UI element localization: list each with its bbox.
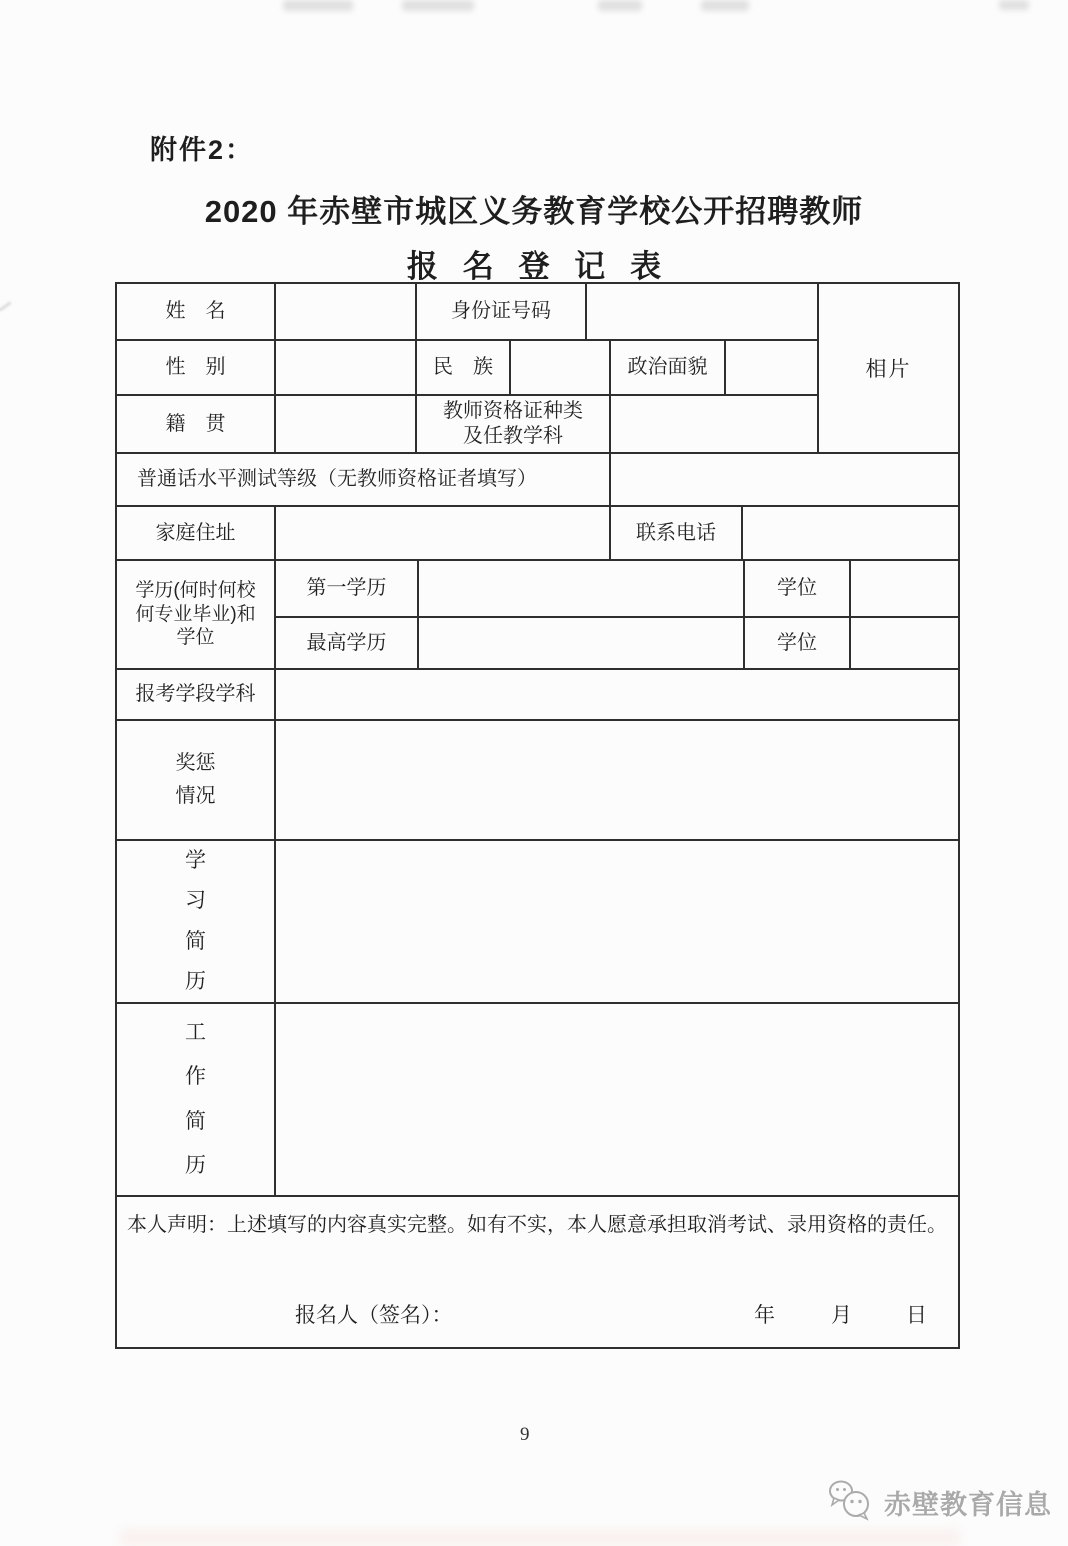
table-row: 普通话水平测试等级（无教师资格证者填写）: [117, 452, 958, 505]
year-label: 年: [754, 1299, 775, 1329]
gender-value-cell: [274, 341, 415, 394]
name-value-cell: [274, 284, 415, 339]
table-row: 学 习 简 历: [117, 839, 958, 1002]
contact-phone-value-cell: [741, 507, 958, 559]
photo-box: 相片: [817, 284, 958, 452]
table-row: 籍 贯 教师资格证种类 及任教学科: [117, 394, 817, 452]
scan-artifact: [283, 0, 353, 11]
education-sub-rows: 第一学历 学位 最高学历 学位: [274, 561, 958, 668]
rewards-label: 奖惩 情况: [117, 721, 274, 839]
declaration-row: 本人声明：上述填写的内容真实完整。如有不实，本人愿意承担取消考试、录用资格的责任…: [117, 1195, 958, 1347]
political-status-value-cell: [724, 341, 817, 394]
photo-label: 相片: [866, 353, 912, 383]
scan-artifact: [120, 1530, 960, 1546]
table-row: 姓 名 身份证号码: [117, 284, 817, 339]
home-address-value-cell: [274, 507, 609, 559]
scan-artifact: [0, 301, 12, 311]
table-row: 学历(何时何校 何专业毕业)和 学位 第一学历 学位 最高学历 学位: [117, 559, 958, 668]
putonghua-value-cell: [609, 454, 958, 505]
month-label: 月: [831, 1299, 852, 1329]
native-place-label: 籍 贯: [117, 396, 274, 452]
first-degree-degree-label: 学位: [743, 561, 849, 616]
table-row: 工 作 简 历: [117, 1002, 958, 1195]
first-degree-degree-value-cell: [849, 561, 958, 616]
highest-degree-value-cell: [417, 618, 743, 668]
scan-artifact: [701, 0, 749, 11]
political-status-label: 政治面貌: [609, 341, 724, 394]
table-row: 性 别 民 族 政治面貌: [117, 339, 817, 394]
table-row: 报考学段学科: [117, 668, 958, 719]
scanned-form-page: 附件2： 2020 年赤壁市城区义务教育学校公开招聘教师 报名登记表 姓 名 身…: [0, 0, 1068, 1546]
first-degree-value-cell: [417, 561, 743, 616]
attachment-label: 附件2：: [150, 128, 254, 167]
putonghua-label: 普通话水平测试等级（无教师资格证者填写）: [117, 454, 609, 505]
scan-artifact: [402, 0, 474, 11]
highest-degree-degree-label: 学位: [743, 618, 849, 668]
work-resume-value-cell: [274, 1004, 958, 1195]
highest-degree-degree-value-cell: [849, 618, 958, 668]
applied-section-label: 报考学段学科: [117, 670, 274, 719]
rewards-value-cell: [274, 721, 958, 839]
id-number-label: 身份证号码: [415, 284, 585, 339]
signer-label: 报名人（签名）：: [295, 1299, 453, 1329]
page-subtitle: 报名登记表: [0, 241, 1068, 286]
page-number: 9: [520, 1424, 530, 1446]
watermark: 赤壁教育信息: [826, 1478, 1052, 1527]
teacher-cert-value-cell: [609, 396, 817, 452]
registration-form-table: 姓 名 身份证号码 性 别 民 族 政治面貌 籍 贯: [115, 282, 960, 1349]
gender-label: 性 别: [117, 341, 274, 394]
table-row: 奖惩 情况: [117, 719, 958, 839]
study-resume-label: 学 习 简 历: [117, 841, 274, 1002]
watermark-text: 赤壁教育信息: [884, 1483, 1052, 1522]
contact-phone-label: 联系电话: [609, 507, 741, 559]
native-place-value-cell: [274, 396, 415, 452]
wechat-icon: [826, 1478, 878, 1527]
applied-section-value-cell: [274, 670, 958, 719]
ethnicity-value-cell: [509, 341, 609, 394]
day-label: 日: [906, 1299, 927, 1329]
name-label: 姓 名: [117, 284, 274, 339]
page-title: 2020 年赤壁市城区义务教育学校公开招聘教师: [0, 186, 1068, 231]
table-row: 最高学历 学位: [276, 616, 958, 668]
declaration-statement: 本人声明：上述填写的内容真实完整。如有不实，本人愿意承担取消考试、录用资格的责任…: [127, 1211, 950, 1239]
table-row: 第一学历 学位: [276, 561, 958, 616]
work-resume-label: 工 作 简 历: [117, 1004, 274, 1195]
highest-degree-label: 最高学历: [276, 618, 417, 668]
ethnicity-label: 民 族: [415, 341, 509, 394]
id-number-value-cell: [585, 284, 817, 339]
home-address-label: 家庭住址: [117, 507, 274, 559]
education-group-label: 学历(何时何校 何专业毕业)和 学位: [117, 561, 274, 668]
table-row: 家庭住址 联系电话: [117, 505, 958, 559]
form-top-group: 姓 名 身份证号码 性 别 民 族 政治面貌 籍 贯: [117, 284, 958, 452]
teacher-cert-label: 教师资格证种类 及任教学科: [415, 396, 609, 452]
scan-artifact: [598, 0, 642, 11]
study-resume-value-cell: [274, 841, 958, 1002]
first-degree-label: 第一学历: [276, 561, 417, 616]
scan-artifact: [999, 0, 1029, 10]
